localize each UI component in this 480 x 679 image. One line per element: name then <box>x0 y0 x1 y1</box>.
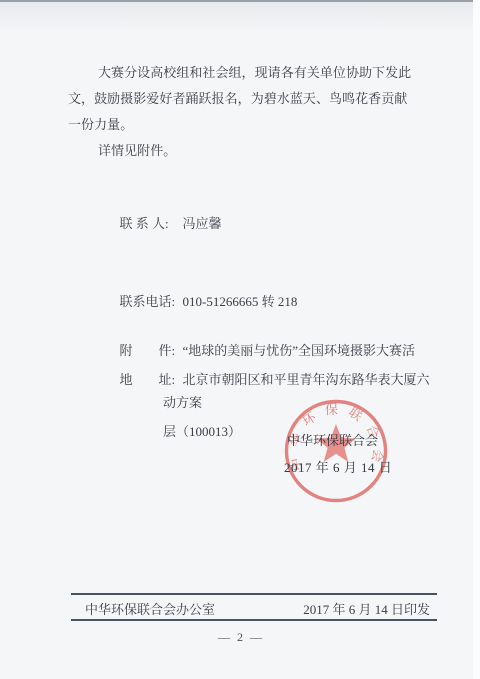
scan-edge-right <box>473 0 480 679</box>
paragraph-line: 文，鼓励摄影爱好者踊跃报名，为碧水蓝天、鸟鸣花香贡献 <box>68 86 418 112</box>
signature-date: 2017 年 6 月 14 日 <box>284 457 392 476</box>
official-seal: 中华环保联合会 <box>277 392 395 510</box>
attachment-row: 附 件:“地球的美丽与忧伤”全国环境摄影大赛活 <box>100 312 415 390</box>
seal-graphic: 中华环保联合会 <box>277 392 395 510</box>
contact-person-value: 冯应馨 <box>183 216 222 231</box>
footer-print-date: 2017 年 6 月 14 日印发 <box>303 599 430 618</box>
note-line: 详情见附件。 <box>68 138 418 164</box>
footer-rule-bottom <box>71 619 437 621</box>
signature-org: 中华环保联合会 <box>287 430 378 449</box>
body-paragraph: 大赛分设高校组和社会组，现请各有关单位协助下发此 文，鼓励摄影爱好者踊跃报名，为… <box>68 60 418 164</box>
document-page: 大赛分设高校组和社会组，现请各有关单位协助下发此 文，鼓励摄影爱好者踊跃报名，为… <box>0 0 480 679</box>
contact-person-row: 联 系 人:冯应馨 <box>100 185 430 263</box>
footer-rule-top <box>71 593 437 595</box>
paragraph-line: 大赛分设高校组和社会组，现请各有关单位协助下发此 <box>68 60 418 86</box>
contact-phone-value: 010-51266665 转 218 <box>183 294 298 309</box>
paragraph-line: 一份力量。 <box>68 112 418 138</box>
contact-person-label: 联 系 人: <box>120 211 178 237</box>
footer-office: 中华环保联合会办公室 <box>85 599 215 618</box>
scan-shadow-top <box>0 2 480 32</box>
page-number: — 2 — <box>0 630 480 645</box>
footer-row: 中华环保联合会办公室 2017 年 6 月 14 日印发 <box>85 599 430 618</box>
attachment-title-line1: “地球的美丽与忧伤”全国环境摄影大赛活 <box>183 343 416 358</box>
attachment-label: 附 件: <box>120 338 178 364</box>
